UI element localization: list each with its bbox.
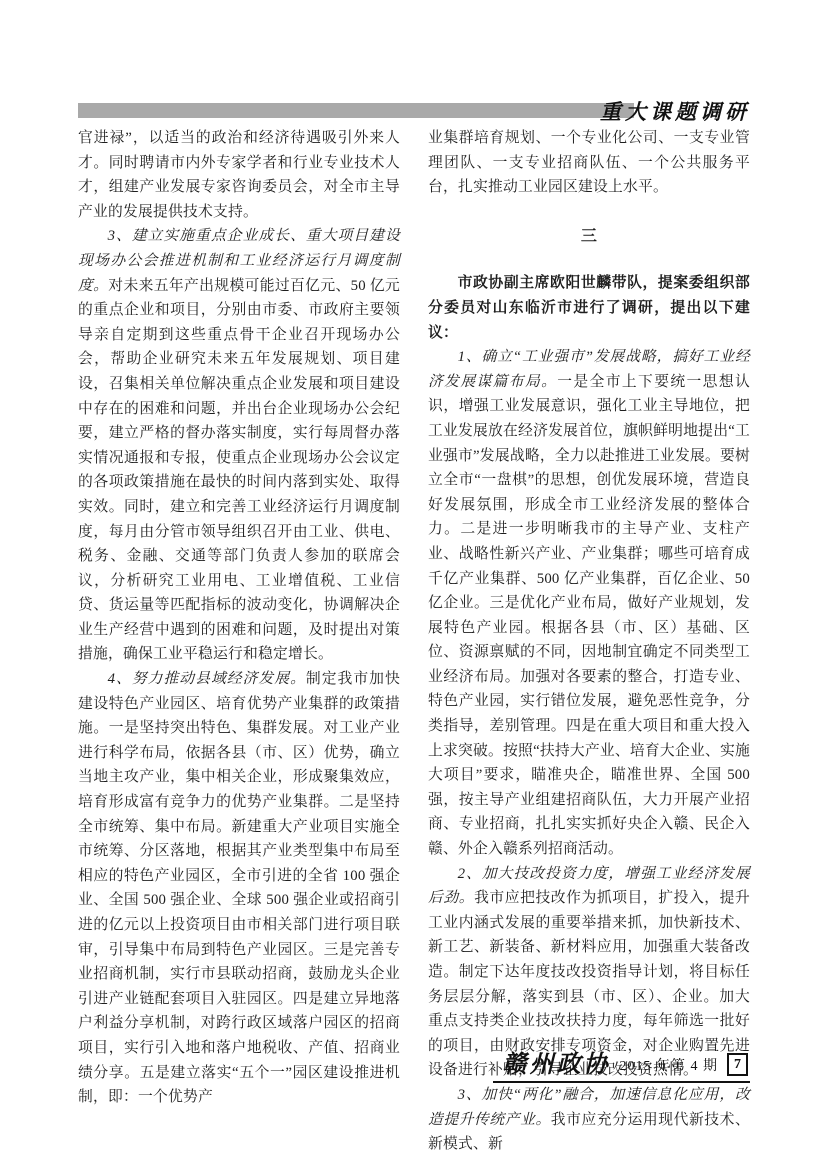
journal-name: 赣州政协 [503, 1052, 611, 1076]
paragraph: 3、建立实施重点企业成长、重大项目建设现场办公会推进机制和工业经济运行月调度制度… [78, 224, 400, 667]
right-column: 业集群培育规划、一个专业化公司、一支专业管理团队、一支专业招商队伍、一个公共服务… [428, 126, 750, 1157]
column-title: 重大课题调研 [600, 96, 750, 126]
text-segment: 对未来五年产出规模可能过百亿元、50 亿元的重点企业和项目，分别由市委、市政府主… [78, 278, 400, 663]
header-rule-bar [78, 103, 634, 118]
issue-info: 2015 年第 4 期 [620, 1058, 719, 1076]
journal-page: 重大课题调研 官进禄”，以适当的政治和经济待遇吸引外来人才。同时聘请市内外专家学… [0, 0, 826, 1168]
footer-rule: 赣州政协 2015 年第 4 期 7 [493, 1052, 751, 1083]
page-number: 7 [727, 1053, 748, 1076]
page-header: 重大课题调研 [78, 100, 750, 126]
lead-paragraph: 市政协副主席欧阳世麟带队，提案委组织部分委员对山东临沂市进行了调研，提出以下建议… [428, 271, 750, 345]
paragraph: 3、加快“两化”融合，加速信息化应用，改造提升传统产业。我市应充分运用现代新技术… [428, 1083, 750, 1157]
left-column: 官进禄”，以适当的政治和经济待遇吸引外来人才。同时聘请市内外专家学者和行业专业技… [78, 126, 400, 1157]
section-number-heading: 三 [428, 225, 750, 250]
paragraph: 1、确立“工业强市”发展战略，搞好工业经济发展谋篇布局。一是全市上下要统一思想认… [428, 345, 750, 861]
paragraph: 官进禄”，以适当的政治和经济待遇吸引外来人才。同时聘请市内外专家学者和行业专业技… [78, 126, 400, 224]
text-segment: 市政协副主席欧阳世麟带队，提案委组织部分委员对山东临沂市进行了调研，提出以下建议… [428, 275, 750, 340]
text-segment: 制定我市加快建设特色产业园区、培育优势产业集群的政策措施。一是坚持突出特色、集群… [78, 671, 400, 1105]
text-segment: 三 [581, 228, 597, 245]
paragraph: 业集群培育规划、一个专业化公司、一支专业管理团队、一支专业招商队伍、一个公共服务… [428, 126, 750, 200]
text-segment: 官进禄”，以适当的政治和经济待遇吸引外来人才。同时聘请市内外专家学者和行业专业技… [78, 130, 400, 220]
paragraph: 4、努力推动县域经济发展。制定我市加快建设特色产业园区、培育优势产业集群的政策措… [78, 667, 400, 1110]
text-segment: 业集群培育规划、一个专业化公司、一支专业管理团队、一支专业招商队伍、一个公共服务… [428, 130, 750, 195]
text-segment: 一是全市上下要统一思想认识，增强工业发展意识，强化工业主导地位，把工业发展放在经… [428, 374, 750, 857]
text-segment: 4、努力推动县域经济发展。 [108, 671, 306, 687]
article-body: 官进禄”，以适当的政治和经济待遇吸引外来人才。同时聘请市内外专家学者和行业专业技… [78, 126, 750, 1157]
page-footer: 赣州政协 2015 年第 4 期 7 [78, 1052, 750, 1083]
